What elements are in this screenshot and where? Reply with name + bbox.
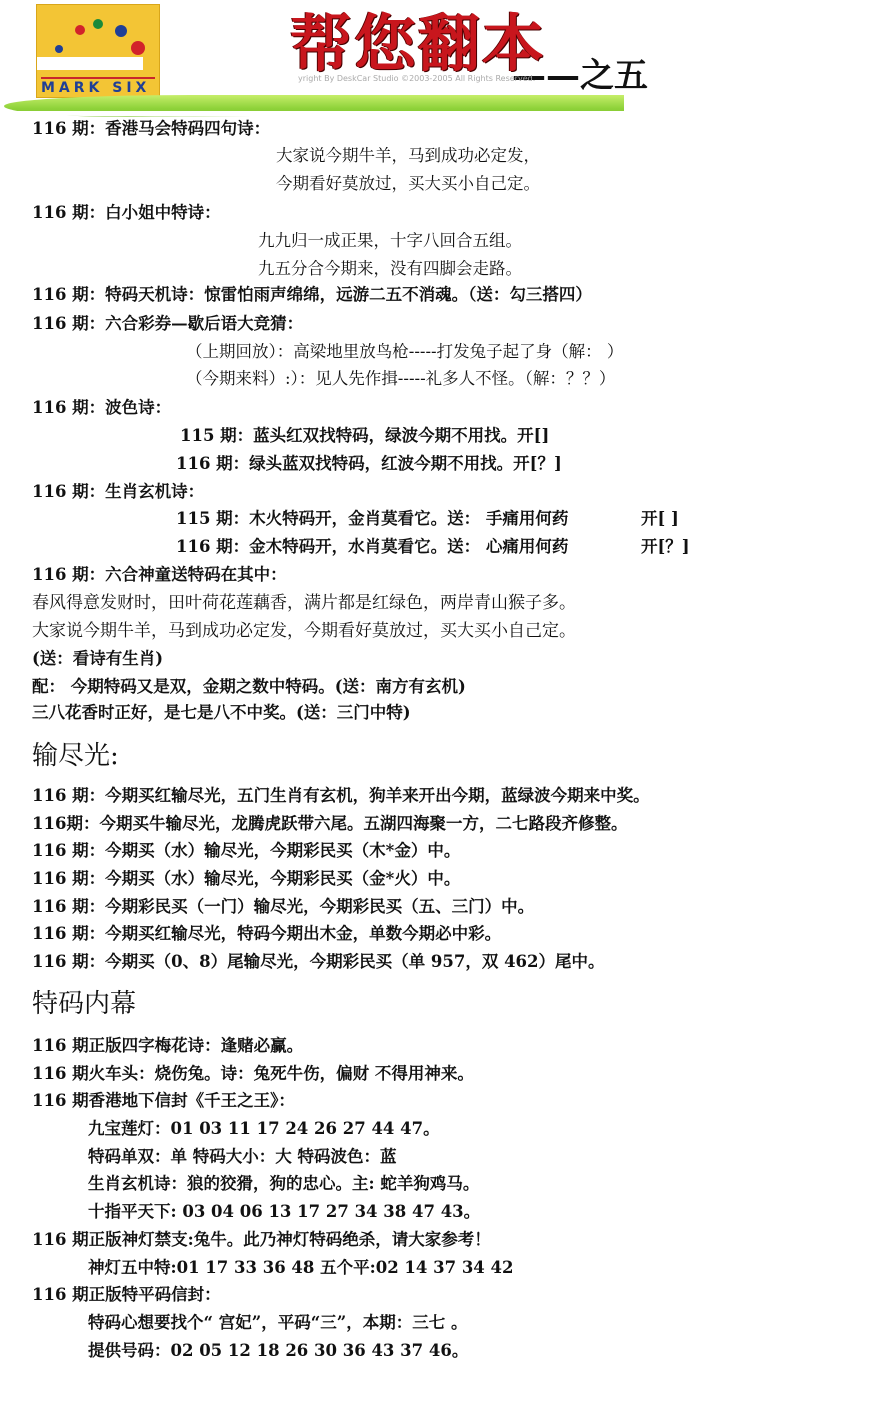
logo-rule <box>41 77 155 79</box>
logo-ball-icon <box>55 45 63 53</box>
list-item: 116 期：今期买红输尽光，特码今期出木金，单数今期必中彩。 <box>32 923 501 945</box>
logo-ball-icon <box>93 19 103 29</box>
section-heading: 特码内幕 <box>32 988 136 1020</box>
riddle-line: （今期来料）:）：见人先作揖-----礼多人不怪。（解：？？） <box>186 368 615 390</box>
result-bracket: 开[？] <box>641 536 690 558</box>
item-label: 116 期：六合彩券—歇后语大竞猜： <box>32 313 303 335</box>
copyright-text: yright By DeskCar Studio ©2003-2005 All … <box>298 74 535 83</box>
logo-ball-icon <box>115 25 127 37</box>
poem-line: 今期看好莫放过，买大买小自己定。 <box>276 173 540 195</box>
item-label: 116 期：生肖玄机诗： <box>32 481 204 503</box>
sub-item: 九宝莲灯：01 03 11 17 24 26 27 44 47。 <box>88 1118 440 1140</box>
poem-line: 115 期：蓝头红双找特码，绿波今期不用找。开[] <box>180 425 549 447</box>
sub-item: 生肖玄机诗：狼的狡猾，狗的忠心。主: 蛇羊狗鸡马。 <box>88 1173 479 1195</box>
poem-line: 115 期：木火特码开，金肖莫看它。送： 手痛用何药 <box>176 508 568 530</box>
list-item: 116 期：今期买红输尽光，五门生肖有玄机，狗羊来开出今期，蓝绿波今期来中奖。 <box>32 785 650 807</box>
item-label: 116 期：六合神童送特码在其中： <box>32 564 287 586</box>
list-item: 116 期正版特平码信封： <box>32 1284 221 1306</box>
poem-line: (送：看诗有生肖) <box>32 648 163 670</box>
list-item: 116 期：今期彩民买（一门）输尽光，今期彩民买（五、三门）中。 <box>32 896 534 918</box>
riddle-line: （上期回放）：高梁地里放鸟枪-----打发兔子起了身（解： ） <box>186 341 623 363</box>
list-item: 116 期正版四字梅花诗：逢赌必赢。 <box>32 1035 303 1057</box>
logo-ball-icon <box>131 41 145 55</box>
page-subtitle: ——之五 <box>512 48 648 97</box>
poem-line: 大家说今期牛羊，马到成功必定发， <box>276 145 540 167</box>
sub-item: 十指平天下: 03 04 06 13 17 27 34 38 47 43。 <box>88 1201 480 1223</box>
result-bracket: 开[ ] <box>641 508 679 530</box>
list-item: 116 期：今期买（水）输尽光，今期彩民买（木*金）中。 <box>32 840 460 862</box>
green-banner <box>4 95 624 117</box>
poem-line: 116 期：金木特码开，水肖莫看它。送： 心痛用何药 <box>176 536 568 558</box>
sub-item: 神灯五中特:01 17 33 36 48 五个平:02 14 37 34 42 <box>88 1257 514 1279</box>
poem-line: 116 期：绿头蓝双找特码，红波今期不用找。开[？] <box>176 453 562 475</box>
logo-band <box>37 57 143 70</box>
list-item: 116期：今期买牛输尽光，龙腾虎跃带六尾。五湖四海聚一方，二七路段齐修整。 <box>32 813 627 835</box>
list-item: 116 期火车头：烧伤兔。诗：兔死牛伤，偏财 不得用神来。 <box>32 1063 474 1085</box>
list-item: 116 期香港地下信封《千王之王》： <box>32 1090 295 1112</box>
list-item: 116 期：今期买（0、8）尾输尽光，今期彩民买（单 957，双 462）尾中。 <box>32 951 605 973</box>
section-heading: 输尽光: <box>32 740 119 772</box>
poem-line: 九五分合今期来，没有四脚会走路。 <box>258 258 522 280</box>
mark-six-logo: MARK SIX <box>36 4 160 98</box>
poem-line: 春风得意发财时，田叶荷花莲藕香，满片都是红绿色，两岸青山猴子多。 <box>32 592 576 614</box>
poem-line: 配： 今期特码又是双，金期之数中特码。(送：南方有玄机) <box>32 676 466 698</box>
list-item: 116 期正版神灯禁支:兔牛。此乃神灯特码绝杀，请大家参考！ <box>32 1229 491 1251</box>
sub-item: 特码单双：单 特码大小：大 特码波色：蓝 <box>88 1146 397 1168</box>
logo-text: MARK SIX <box>41 80 157 96</box>
logo-ball-icon <box>75 25 85 35</box>
sub-item: 提供号码：02 05 12 18 26 30 36 43 37 46。 <box>88 1340 468 1362</box>
list-item: 116 期：今期买（水）输尽光，今期彩民买（金*火）中。 <box>32 868 460 890</box>
item-label: 116 期：白小姐中特诗： <box>32 202 221 224</box>
page-title: 帮您翻本 <box>290 4 546 84</box>
sub-item: 特码心想要找个“ 宫妃”，平码“三”，本期：三七 。 <box>88 1312 467 1334</box>
page-header: MARK SIX 帮您翻本 ——之五 yright By DeskCar Stu… <box>0 0 884 118</box>
item-label: 116 期：波色诗： <box>32 397 171 419</box>
item-label: 116 期：特码天机诗：惊雷怕雨声绵绵，远游二五不消魂。（送：勾三搭四） <box>32 284 592 306</box>
poem-line: 九九归一成正果，十字八回合五组。 <box>258 230 522 252</box>
item-label: 116 期：香港马会特码四句诗： <box>32 118 270 140</box>
poem-line: 大家说今期牛羊，马到成功必定发，今期看好莫放过，买大买小自己定。 <box>32 620 576 642</box>
poem-line: 三八花香时正好，是七是八不中奖。(送：三门中特) <box>32 702 411 724</box>
